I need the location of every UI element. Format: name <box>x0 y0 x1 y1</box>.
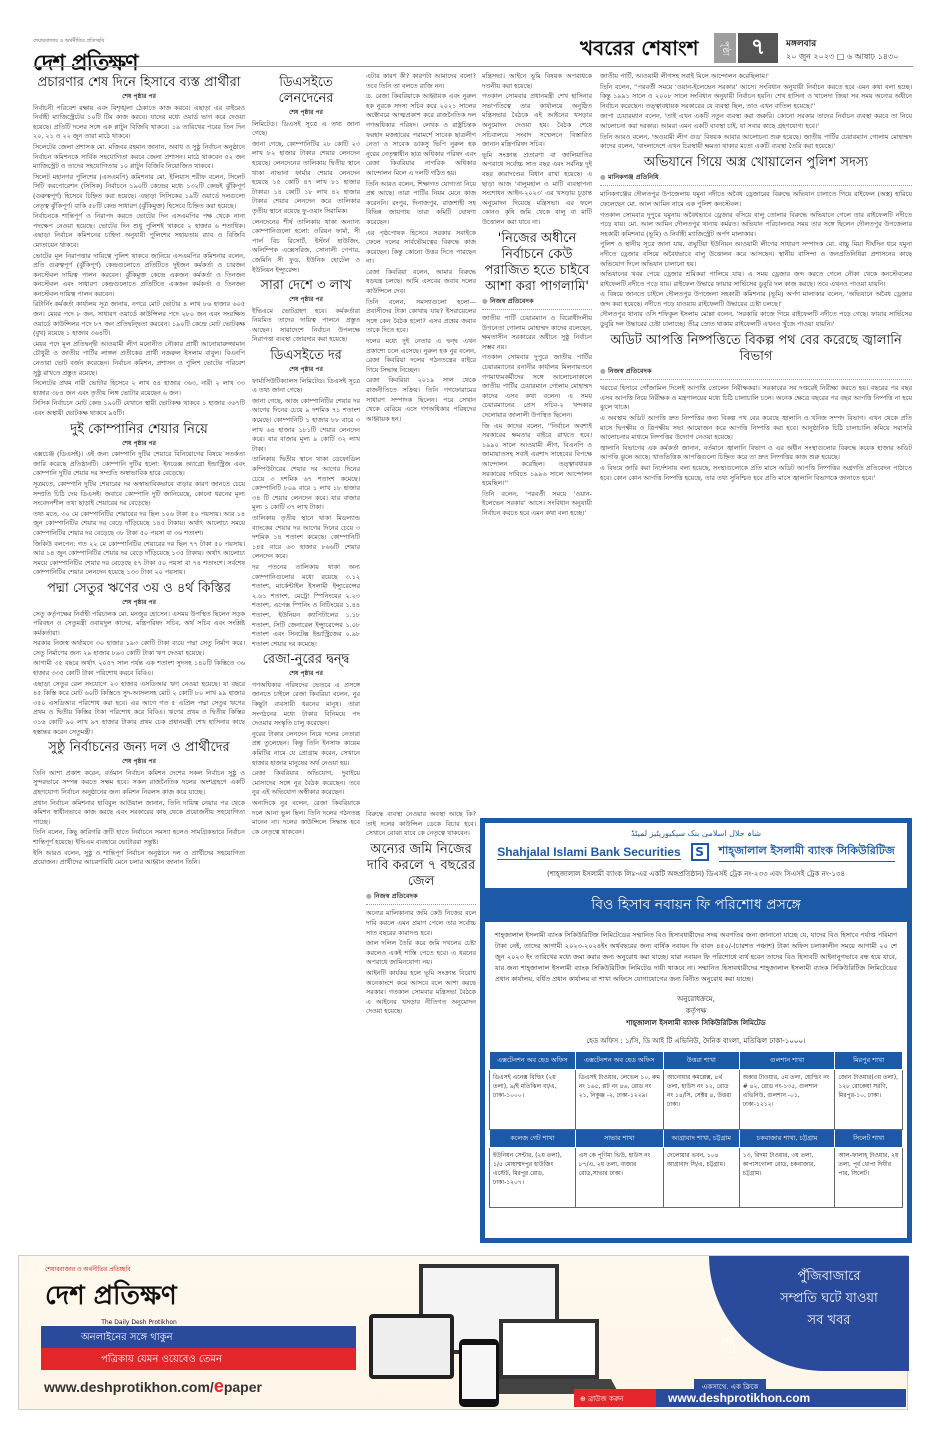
article-land-law: অন্যের জমি নিজের দাবি করলে ৭ বছরের জেল ন… <box>366 842 476 1017</box>
paragraph: গতকাল সোমবার দুপুরে জাতীয় পার্টির চেয়া… <box>482 353 592 420</box>
paragraph: এক্সচেঞ্জ (ডিএসই)। এই জন্য কোম্পানি দুটি… <box>33 450 245 479</box>
circle-line: সব খবর <box>749 1310 909 1332</box>
headline[interactable]: প্রচারণার শেষ দিনে হিসাবে ব্যস্ত প্রার্থ… <box>33 75 245 91</box>
kicker: শেষ পৃষ্ঠার পর <box>252 108 360 118</box>
table-header-row: এক্সটেনশন অব হেড অফিস এক্সটেনশন অব হেড অ… <box>490 1052 903 1070</box>
paragraph: আইনটি কার্যকর হলে ভূমি সংক্রান্ত বিরোধ অ… <box>366 969 476 1017</box>
paragraph: ফার্মাসিউটিক্যালস লিমিটেড। ডিএসই সূত্রে … <box>252 377 360 396</box>
paragraph: নুরের টাকার লেনদেন নিয়ে দলের নেতারা প্র… <box>252 730 360 768</box>
table-cell: আল-ফালাহ্ টাওয়ার, ২য় তলা, পূর্ব ধোপা দ… <box>835 1148 903 1208</box>
divider <box>600 185 912 186</box>
paragraph: দলের মধ্যে দুই নেতার এ দ্বন্দ্ব এখন প্রক… <box>366 337 476 375</box>
paragraph: তিনি আশা প্রকাশ করেন, বর্তমান নির্বাচন ক… <box>33 769 245 798</box>
sign-line: কর্তৃপক্ষ <box>485 1005 907 1017</box>
article-audit: অডিট আপত্তি নিষ্পত্তিতে বিকল্প পথ বের কর… <box>600 333 912 484</box>
table-cell: এস কে পূর্ণিমা ভিউ, হাউস নং ৮৭/এ, ২য় তল… <box>575 1148 663 1208</box>
paragraph: এটার কারণ কী? কারণটা আমাদের বলো? তবে তিন… <box>366 72 476 91</box>
masthead-divider <box>33 66 913 67</box>
paragraph: গতকাল সোমবার প্রধানমন্ত্রী শেখ হাসিনার স… <box>482 92 592 150</box>
article-two-companies: দুই কোম্পানির শেয়ার নিয়ে শেষ পৃষ্ঠার প… <box>33 422 245 578</box>
column-1: প্রচারণার শেষ দিনে হিসাবে ব্যস্ত প্রার্থ… <box>33 72 245 1242</box>
column-header: আগ্রাবাদ শাখা, চট্টগ্রাম <box>663 1130 739 1148</box>
byline: নিজস্ব প্রতিবেদক <box>482 297 592 307</box>
byline: নিজস্ব প্রতিবেদক <box>600 367 912 377</box>
paragraph: সিলেট মহানগর পুলিশের (এসএমপি) কমিশনার মো… <box>33 173 245 211</box>
paragraph: খরচের হিসাবে গোঁজামিল দিলেই আপত্তি তোলেন… <box>600 384 912 413</box>
page-number: ৭ <box>738 33 778 63</box>
column-2: ডিএসইতে লেনদেনের শেষ পৃষ্ঠার পর লিমিটেড।… <box>252 72 360 1242</box>
headline[interactable]: ডিএসইতে দর <box>252 348 360 364</box>
column-header: সাভার শাখা <box>575 1130 663 1148</box>
banner-logo: শেয়ারবাজার ও অর্থনীতির প্রতিচ্ছবি দেশ প… <box>45 1264 177 1326</box>
column-5: জাতীয় পার্টি, আওয়ামী লীগসহ সবাই মিলে আ… <box>600 72 912 812</box>
paragraph: দৌলতপুর থানার ওসি শফিকুল ইসলাম মোল্লা বল… <box>600 310 912 329</box>
paragraph: মন্ত্রিসভা। আইনে ভূমি বিষয়ক অপরাধকে দণ্… <box>482 72 592 91</box>
headline[interactable]: অডিট আপত্তি নিষ্পত্তিতে বিকল্প পথ বের কর… <box>600 333 912 365</box>
article-police-rifle: অভিযানে গিয়ে অস্ত্র খোয়ালেন পুলিশ সদস্… <box>600 155 912 330</box>
paragraph: গতকাল সোমবার দুপুরে যমুনায় অবৈধভাবে ড্র… <box>600 211 912 240</box>
sign-line: শাহ্জালাল ইসলামী ব্যাংক সিকিউরিটিজ লিমিট… <box>485 1017 907 1029</box>
epaper-url-prefix: www.deshprotikhon.com/ <box>44 1379 214 1395</box>
table-cell: জোন টাওয়ার(৩য় তলা), ১২৮ রোকেয়া সরণি, … <box>835 1070 903 1130</box>
table-cell: আনোয়ার কমপ্লেক্স, ৪র্থ তলা, হাউস নং ১২,… <box>663 1070 739 1130</box>
devices-illustration-icon <box>349 1259 619 1407</box>
article-dse-price: ডিএসইতে দর শেষ পৃষ্ঠার পর ফার্মাসিউটিক্য… <box>252 348 360 649</box>
circle-line: সম্প্রতি ঘটে যাওয়া <box>749 1288 909 1310</box>
paragraph: এছাড়া সেতুর রেল সংযোগে ২৩ হাজার এসডিআর … <box>33 680 245 738</box>
paragraph: জি এম কাদের বলেন, ''নির্বাচন অবশ্যই সরকা… <box>482 422 592 489</box>
banner-logo-english: The Daily Desh Protikhon <box>45 1319 177 1326</box>
site-link[interactable]: www.deshprotikhon.com <box>656 1389 906 1407</box>
paragraph: পুলিশ ও স্থানীয় সূত্রে জানা যায়, বাঘুট… <box>600 240 912 269</box>
paragraph: অন্যদিকে নুর বলেন, রেজা কিবরিয়াকে দলে আ… <box>252 799 360 837</box>
paragraph: সিসিক নির্বাচনে মোট কেন্দ্র ১৯০টি যেখানে… <box>33 399 245 418</box>
paragraph: ভোটের মূল নিরাপত্তার দায়িত্বে পুলিশ থাক… <box>33 252 245 300</box>
kicker: শেষ পৃষ্ঠার পর <box>252 669 360 679</box>
article-three-lakh: সারা দেশে ৩ লাখ শেষ পৃষ্ঠার পর ইভিএমে ভো… <box>252 278 360 345</box>
ad-brand: Shahjalal Islami Bank Securities S শাহ্জ… <box>485 842 907 862</box>
paragraph: আগামী ৩৫ বছরে অর্থাৎ ২০৫৭ সাল পর্যন্ত এক… <box>33 659 245 678</box>
paragraph: অন্যের মালিকানার জমি কেউ নিজের বলে দাবি … <box>366 909 476 938</box>
divider <box>600 379 912 380</box>
paragraph: জাতীয় পার্টি চেয়ারম্যান ও বিরোধীদলীয় … <box>482 314 592 352</box>
column-header: সিলেট শাখা <box>835 1130 903 1148</box>
article-jp-quote: 'নিজের অধীনে নির্বাচনে কেউ পরাজিত হতে চা… <box>482 231 592 519</box>
paragraph: রেজা কিবরিয়া ২০১৯ সাল থেকে রাজনীতিতে সক… <box>366 376 476 424</box>
table-cell: ইউনিয়ন সেন্টার, (২য় তলা), ১/৫ মোহাম্মদ… <box>490 1148 576 1208</box>
paragraph: মানিকগঞ্জের দৌলতপুর উপজেলায় যমুনা নদীতে… <box>600 190 912 209</box>
paragraph: অভিযানের খবর পেয়ে ড্রেজার শ্রমিকরা পালি… <box>600 270 912 289</box>
column-header: গুলশান শাখা <box>739 1052 835 1070</box>
epaper-link[interactable]: www.deshprotikhon.com/epaper <box>44 1376 262 1397</box>
banner-logo-text: দেশ প্রতিক্ষণ <box>45 1281 177 1311</box>
headline[interactable]: ডিএসইতে লেনদেনের <box>252 75 360 107</box>
paragraph: নির্বাচনকে শান্তিপূর্ণ ও নিরাপদ করতে ভোট… <box>33 212 245 250</box>
column-4: মন্ত্রিসভা। আইনে ভূমি বিষয়ক অপরাধকে দণ্… <box>482 72 592 812</box>
kicker: শেষ পৃষ্ঠার পর <box>33 92 245 102</box>
paragraph: নির্বাচনী পরিবেশ রক্ষায় এবং বিশৃঙ্খলা ঠ… <box>33 104 245 142</box>
paragraph: রিটার্নিং কর্মকর্তা কার্যালয় সূত্র জানা… <box>33 300 245 338</box>
issue-date: ২০ জুন ২০২৩ □ ৬ আষাঢ় ১৪৩০ <box>786 52 898 61</box>
banner-tagline: শেয়ারবাজার ও অর্থনীতির প্রতিচ্ছবি <box>45 1264 177 1275</box>
browse-button[interactable]: ⊕ ব্রাউজ করুন <box>574 1389 656 1407</box>
paragraph: এ অবস্থায় অডিট আপত্তি দ্রুত নিষ্পত্তির … <box>600 414 912 443</box>
branch-table: এক্সটেনশন অব হেড অফিস এক্সটেনশন অব হেড অ… <box>489 1051 903 1208</box>
ad-brand-english: Shahjalal Islami Bank Securities <box>497 845 680 860</box>
kicker: শেষ পৃষ্ঠার পর <box>252 365 360 375</box>
paragraph: দর পতনের তালিকায় থাকা অন্য কোম্পানিগুলো… <box>252 563 360 649</box>
divider <box>366 904 476 905</box>
globe-icon: ⊕ <box>580 1395 588 1403</box>
article-fair-election: সুষ্ঠু নির্বাচনের জন্য দল ও প্রার্থীদের … <box>33 740 245 868</box>
ad-arabic-name: شاہ جلال اسلامی بنک سیکیوریٹیز لمیٹڈ <box>485 829 907 838</box>
table-cell: ১৩, রিদমা টাওয়ার, ৩য় তলা, কাপাসগোলা রো… <box>739 1148 835 1208</box>
shahjalal-logo-icon: S <box>691 843 709 861</box>
paragraph: জানা গেছে, কোম্পানিটির ২৮ কোটি ২৩ লাখ ৮২… <box>252 140 360 217</box>
table-header-row: কলেজ গেট শাখা সাভার শাখা আগ্রাবাদ শাখা, … <box>490 1130 903 1148</box>
kicker: শেষ পৃষ্ঠার পর <box>252 295 360 305</box>
byline: নিজস্ব প্রতিবেদক <box>366 892 476 902</box>
paragraph: প্রধান নির্বাচন কমিশনার হাবিবুল আউয়াল জ… <box>33 799 245 828</box>
paragraph: জ্বালানি বিভাগের এক কর্মকর্তা জানান, বর্… <box>600 444 912 463</box>
banner-headline-circle: পুঁজিবাজারে সম্প্রতি ঘটে যাওয়া সব খবর <box>709 1256 909 1371</box>
table-cell: ডিএসই টাওয়ার, লেভেল ১০, রুম নং ১৬৫, প্ল… <box>575 1070 663 1130</box>
table-row: ইউনিয়ন সেন্টার, (২য় তলা), ১/৫ মোহাম্মদ… <box>490 1148 903 1208</box>
shahjalal-ad[interactable]: شاہ جلال اسلامی بنک سیکیوریٹیز لمیٹڈ Sha… <box>480 818 912 1243</box>
paragraph: তিনি বলেন, কিছু কারিগরি ক্রটি হাতে নির্ব… <box>33 828 245 847</box>
table-row: ডিএসই এনেক্স বিল্ডিং (২য় তলা), ৯/ই মতিঝ… <box>490 1070 903 1130</box>
desh-protikhon-banner-ad[interactable]: শেয়ারবাজার ও অর্থনীতির প্রতিচ্ছবি দেশ প… <box>18 1255 908 1410</box>
paragraph: জানা গেছে, আজ কোম্পানিটির শেয়ার দর আগের… <box>252 397 360 455</box>
paragraph: এ বিষয়ে জারি করা নির্দেশনায় বলা হয়েছে… <box>600 464 912 483</box>
paragraph: তালিকায় তৃতীয় স্থানে থাকা মিডল্যান্ড ব… <box>252 514 360 562</box>
table-cell: অকার টাওয়ার, ৫ম তলা, হোল্ডিং নং # ৪২, র… <box>739 1070 835 1130</box>
paragraph: ইসি আরও বলেন, সুষ্ঠু ও শান্তিপূর্ণ নির্ব… <box>33 849 245 868</box>
paragraph: রেজা কিবরিয়ার অভিযোগ, দুবাইয়ে মোসাদের … <box>252 769 360 798</box>
kicker: শেষ পৃষ্ঠার পর <box>33 757 245 767</box>
paragraph: সূত্রমতে, কোম্পানি দুটির শেয়ারের দর অস্… <box>33 480 245 509</box>
article-padma: পদ্মা সেতুর ঋণের ৩য় ও ৪র্থ কিস্তির শেষ … <box>33 581 245 737</box>
paragraph: তিনি বলেন, সমস্যাগুলো হলো— প্রবাসীদের টা… <box>366 298 476 336</box>
ad-notice-body: শাহ্জালাল ইসলামী ব্যাংক সিকিউরিটিজ লিমিট… <box>485 922 907 993</box>
column-header: চকবাজার শাখা, চট্টগ্রাম <box>739 1130 835 1148</box>
page-label: পৃষ্ঠা <box>714 33 736 63</box>
paragraph: সিলেটের প্রথম নারী ভোটার হিসেবে ২ লাখ ৫৪… <box>33 379 245 398</box>
banner-strip-online: অনলাইনের সঙ্গে থাকুন <box>41 1326 356 1348</box>
article-campaign: প্রচারণার শেষ দিনে হিসাবে ব্যস্ত প্রার্থ… <box>33 75 245 419</box>
epaper-url-suffix: paper <box>224 1379 262 1395</box>
headline[interactable]: 'নিজের অধীনে নির্বাচনে কেউ পরাজিত হতে চা… <box>482 231 592 295</box>
circle-line: পুঁজিবাজারে <box>749 1266 909 1288</box>
kicker: শেষ পৃষ্ঠার পর <box>33 598 245 608</box>
paragraph: এ বিষয়ে জানতে চাইলে দৌলতপুর উপজেলা সহকা… <box>600 290 912 309</box>
headline[interactable]: পদ্মা সেতুর ঋণের ৩য় ও ৪র্থ কিস্তির <box>33 581 245 597</box>
column-header: কলেজ গেট শাখা <box>490 1130 576 1148</box>
headline[interactable]: অভিযানে গিয়ে অস্ত্র খোয়ালেন পুলিশ সদস্… <box>600 155 912 171</box>
paragraph: জাল দলিল তৈরি করে জমি দখলের চেষ্টা করলেও… <box>366 939 476 968</box>
ad-banner-title: বিও হিসাব নবায়ন ফি পরিশোধ প্রসঙ্গে <box>485 888 907 922</box>
paragraph: তিনি বলেন, ''পরবর্তী সময়ে ‘ওয়ান-ইলেভেন… <box>600 83 912 112</box>
section-title: খবরের শেষাংশ <box>580 34 699 67</box>
article-dse-trade: ডিএসইতে লেনদেনের শেষ পৃষ্ঠার পর লিমিটেড।… <box>252 75 360 275</box>
sign-line: অনুরোধক্রমে, <box>485 993 907 1005</box>
column-header: এক্সটেনশন অব হেড অফিস <box>490 1052 576 1070</box>
weekday: মঙ্গলবার <box>786 36 898 51</box>
paragraph: লিমিটেড। ডিএসই সূত্রে এ তথ্য জানা গেছে। <box>252 120 360 139</box>
headline[interactable]: সুষ্ঠু নির্বাচনের জন্য দল ও প্রার্থীদের <box>33 740 245 756</box>
paragraph: সরকার নিজস্ব অর্থায়নে ৩০ হাজার ১৯৩ কোটি… <box>33 639 245 658</box>
paragraph: জাপা চেয়ারম্যান বলেন, 'তাই এখন একটি নতু… <box>600 112 912 131</box>
paragraph: জিকিউ বলপেন: গত ২২ মে কোম্পানিটির শেয়ার… <box>33 540 245 578</box>
headline[interactable]: দুই কোম্পানির শেয়ার নিয়ে <box>33 422 245 438</box>
masthead-tagline: শেয়ারবাজার ও অর্থনীতির প্রতিচ্ছবি <box>33 38 138 46</box>
date-block: মঙ্গলবার ২০ জুন ২০২৩ □ ৬ আষাঢ় ১৪৩০ <box>786 36 898 64</box>
ad-head-office: হেড অফিস : ১/সি, ডি আই টি এভিনিউ, দৈনিক … <box>485 1035 907 1047</box>
article-reza-continued: এটার কারণ কী? কারণটা আমাদের বলো? তবে তিন… <box>366 72 476 792</box>
column-header: এক্সটেনশন অব হেড অফিস <box>575 1052 663 1070</box>
epaper-e-icon: e <box>214 1376 224 1396</box>
headline[interactable]: সারা দেশে ৩ লাখ <box>252 278 360 294</box>
column-header: মিরপুর শাখা <box>835 1052 903 1070</box>
paragraph: তিনি বলেন, 'পরবর্তী সময়ে ‘ওয়ান-ইলেভেন … <box>482 490 592 519</box>
paragraph: ড. রেজা কিবরিয়াকে আহ্বায়ক এবং নুরুল হক… <box>366 92 476 178</box>
paragraph: মেয়র পদে মূল প্রতিদ্বন্দ্বী আওয়ামী লীগ… <box>33 340 245 378</box>
ad-brand-bangla: শাহ্জালাল ইসলামী ব্যাংক সিকিউরিটিজ <box>719 842 895 862</box>
paragraph: লেনদেনের শীর্ষ তালিকায় থাকা অন্যান্য কো… <box>252 218 360 276</box>
paragraph: এর পৃষ্ঠপোষক হিসেবে সরকার সবাইকে ফেলে দল… <box>366 229 476 267</box>
column-header: উত্তরা শাখা <box>663 1052 739 1070</box>
table-cell: দেলোয়ার ভবন, ১০৪ আগ্রাবাদ সি/এ, চট্টগ্র… <box>663 1148 739 1208</box>
paragraph: গণঅধিকার পরিষদের ভেতরে এ প্রসঙ্গে জানতে … <box>252 681 360 729</box>
table-cell: ডিএসই এনেক্স বিল্ডিং (২য় তলা), ৯/ই মতিঝ… <box>490 1070 576 1130</box>
paragraph: তালিকায় দ্বিতীয় স্থানে থাকা ডেফোডিল কম… <box>252 455 360 513</box>
paragraph: সিলেটের জেলা প্রশাসক মো. মজিবর রহমান জান… <box>33 143 245 172</box>
ad-subtitle: (শাহ্জালাল ইসলামী ব্যাংক লিঃ-এর একটি অঙ্… <box>485 868 907 880</box>
paragraph: সেতু কর্তৃপক্ষের নির্বাহী পরিচালক মো. মন… <box>33 610 245 639</box>
pointing-hand-icon: ☝ <box>719 1326 737 1361</box>
paragraph: জাতীয় পার্টি, আওয়ামী লীগসহ সবাই মিলে আ… <box>600 72 912 82</box>
browse-label: ব্রাউজ করুন <box>588 1395 623 1403</box>
paragraph: তিনি আরও বলেন, শিক্ষাগত যোগ্যতা নিয়ে প্… <box>366 180 476 228</box>
kicker: শেষ পৃষ্ঠার পর <box>33 439 245 449</box>
byline: মানিকগঞ্জ প্রতিনিধি <box>600 173 912 183</box>
article-reza-nur: রেজা-নুরের দ্বন্দ্ব শেষ পৃষ্ঠার পর গণঅধি… <box>252 652 360 837</box>
banner-strip-web: পত্রিকায় যেমন ওয়েবেও তেমন <box>41 1348 356 1370</box>
paragraph: তিনি আরও বলেন, 'অওয়ামী লীগ গুড' বিষয়ক … <box>600 133 912 152</box>
divider <box>482 309 592 310</box>
paragraph: ভূমি সংক্রান্ত প্রতারণা বা জালিয়াতির অপ… <box>482 151 592 228</box>
ad-signature: অনুরোধক্রমে, কর্তৃপক্ষ শাহ্জালাল ইসলামী … <box>485 993 907 1029</box>
paragraph: রেজা কিবরিয়া বলেন, আমার বিরুদ্ধে ষড়যন্… <box>366 268 476 297</box>
paragraph: বিরুদ্ধে ব্যবস্থা নেওয়ার অবস্থা আছে কি?… <box>366 810 476 839</box>
paragraph: তথ্য মতে, ৩০ মে কোম্পানিটির শেয়ারের দর … <box>33 510 245 539</box>
paragraph: ইভিএমে ভোটগ্রহণ হবে। কর্মকর্তারা নিয়মিত… <box>252 307 360 345</box>
column-3-lower: বিরুদ্ধে ব্যবস্থা নেওয়ার অবস্থা আছে কি?… <box>366 810 476 1240</box>
headline[interactable]: রেজা-নুরের দ্বন্দ্ব <box>252 652 360 668</box>
headline[interactable]: অন্যের জমি নিজের দাবি করলে ৭ বছরের জেল <box>366 842 476 890</box>
